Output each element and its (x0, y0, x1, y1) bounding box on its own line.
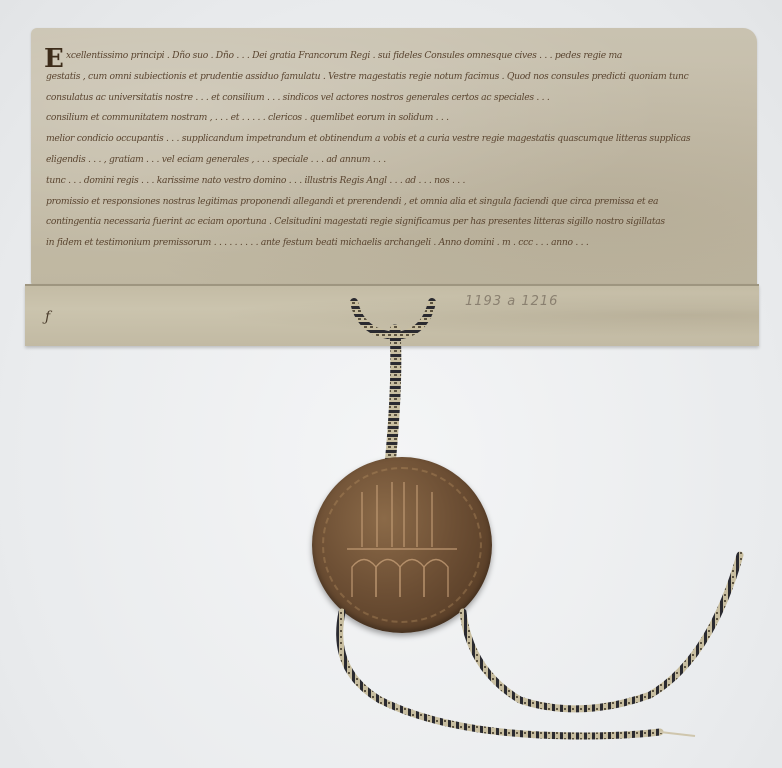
text-line: tunc . . . domini regis . . . karissime … (46, 171, 716, 192)
text-line: eligendis . . . , gratiam . . . vel ecia… (46, 150, 716, 171)
text-line: gestatis , cum omni subiectionis et prud… (46, 67, 716, 88)
text-line: xcellentissimo principi . Dño suo . Dño … (46, 46, 716, 67)
cord-loop-icon (340, 290, 450, 470)
text-line: consulatus ac universitatis nostre . . .… (46, 88, 716, 109)
text-line: consilium et communitatem nostram , . . … (46, 108, 716, 129)
seal-cords-icon (320, 550, 760, 750)
fold-ink-mark: ƒ (45, 309, 50, 325)
text-line: promissio et responsiones nostras legiti… (46, 192, 716, 213)
text-line: contingentia necessaria fuerint ac eciam… (46, 212, 716, 233)
charter-text: xcellentissimo principi . Dño suo . Dño … (46, 46, 716, 254)
pencil-annotation: 1193 a 1216 (465, 294, 558, 309)
text-line: in fidem et testimonium premissorum . . … (46, 233, 716, 254)
text-line: melior condicio occupantis . . . supplic… (46, 129, 716, 150)
